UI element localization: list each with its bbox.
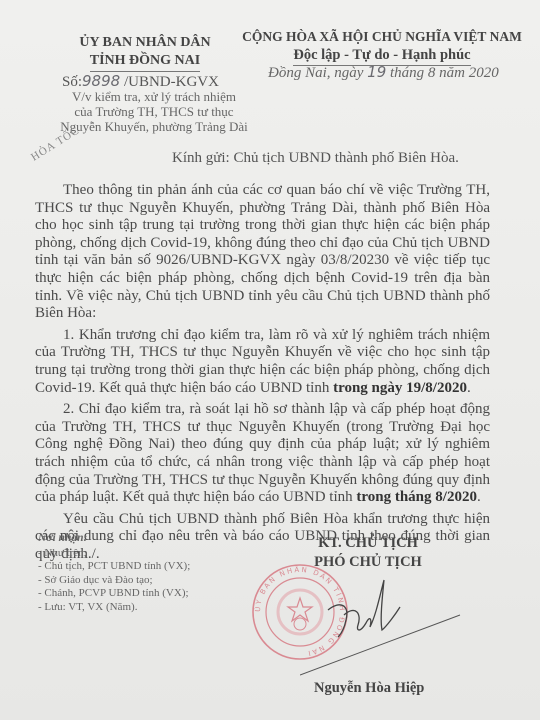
- subject: V/v kiểm tra, xử lý trách nhiệm của Trườ…: [56, 89, 252, 134]
- national-header: CỘNG HÒA XÃ HỘI CHỦ NGHĨA VIỆT NAM Độc l…: [232, 28, 532, 66]
- handwritten-day: 19: [367, 63, 386, 81]
- handwritten-number: 9898: [82, 72, 120, 90]
- item-2-deadline: trong tháng 8/2020: [356, 489, 477, 505]
- recipient-item: - Lưu: VT, VX (Năm).: [38, 601, 190, 615]
- recipients-list: Nơi nhận: - Như trên; - Chủ tịch, PCT UB…: [38, 532, 190, 614]
- recipient-item: - Như trên;: [38, 547, 190, 561]
- agency-line-2: TỈNH ĐỒNG NAI: [90, 52, 200, 72]
- signature-icon: [300, 575, 480, 685]
- recipient-item: - Chủ tịch, PCT UBND tỉnh (VX);: [38, 560, 190, 574]
- document-page: ỦY BAN NHÂN DÂN TỈNH ĐỒNG NAI CỘNG HÒA X…: [0, 0, 540, 720]
- signer-name: Nguyễn Hòa Hiệp: [314, 680, 424, 697]
- intro-paragraph: Theo thông tin phản ánh của các cơ quan …: [35, 182, 490, 323]
- item-1-deadline: trong ngày 19/8/2020: [333, 380, 467, 396]
- recipients-title: Nơi nhận:: [38, 532, 190, 546]
- recipient-item: - Sở Giáo dục và Đào tạo;: [38, 574, 190, 588]
- issue-date: Đồng Nai, ngày 19 tháng 8 năm 2020: [268, 63, 499, 82]
- issuing-agency: ỦY BAN NHÂN DÂN TỈNH ĐỒNG NAI: [50, 34, 240, 72]
- addressee: Kính gửi: Chủ tịch UBND thành phố Biên H…: [172, 150, 459, 167]
- recipient-item: - Chánh, PCVP UBND tỉnh (VX);: [38, 587, 190, 601]
- nation-title: CỘNG HÒA XÃ HỘI CHỦ NGHĨA VIỆT NAM: [232, 28, 532, 46]
- agency-line-1: ỦY BAN NHÂN DÂN: [50, 34, 240, 52]
- letter-body: Theo thông tin phản ánh của các cơ quan …: [35, 182, 490, 567]
- item-1: 1. Khẩn trương chỉ đạo kiểm tra, làm rõ …: [35, 327, 490, 397]
- item-2: 2. Chỉ đạo kiểm tra, rà soát lại hồ sơ t…: [35, 401, 490, 507]
